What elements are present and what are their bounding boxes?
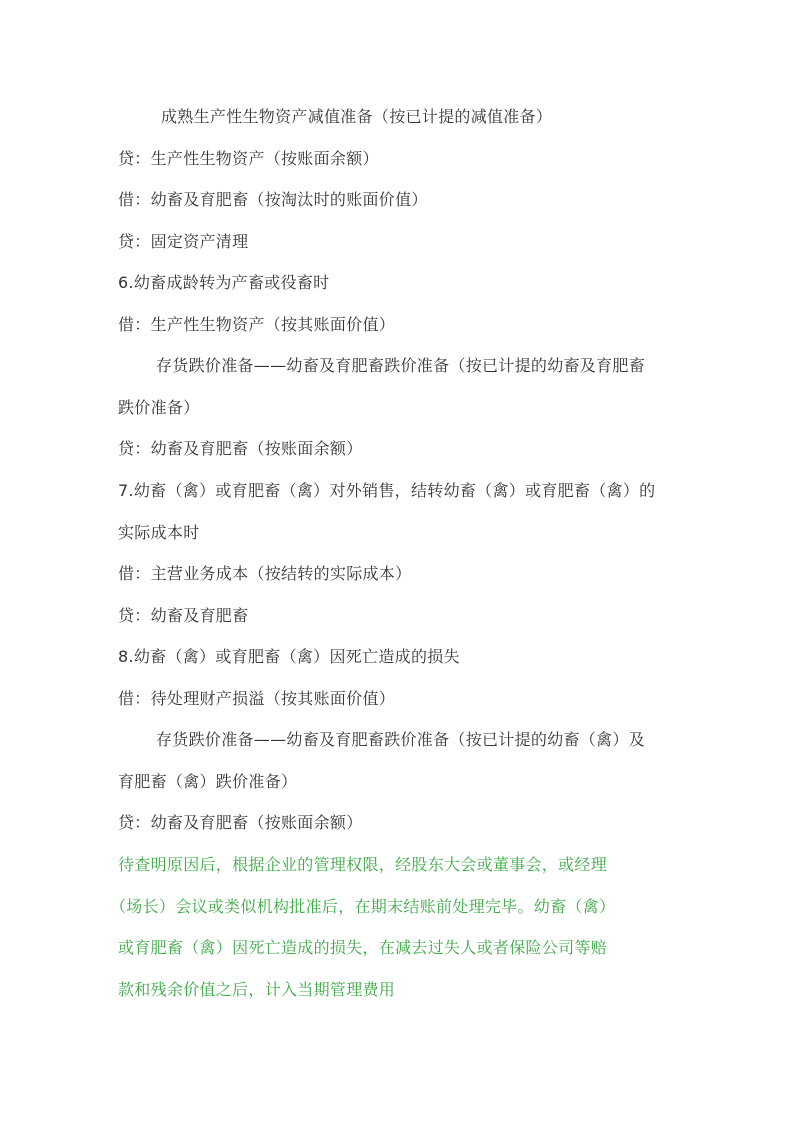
text-line-2: 贷：生产性生物资产（按账面余额） <box>118 149 379 169</box>
note-line-1: 待查明原因后，根据企业的管理权限，经股东大会或董事会，或经理 <box>118 855 607 875</box>
note-line-3: 或育肥畜（禽）因死亡造成的损失，在减去过失人或者保险公司等赔 <box>118 938 607 958</box>
note-line-2: （场长）会议或类似机构批准后，在期末结账前处理完毕。幼畜（禽） <box>110 897 615 917</box>
text-line-15: 借：待处理财产损溢（按其账面价值） <box>118 689 395 709</box>
text-line-6: 借：生产性生物资产（按其账面价值） <box>118 315 395 335</box>
text-line-3: 借：幼畜及育肥畜（按淘汰时的账面价值） <box>118 190 428 210</box>
section-heading-8: 8.幼畜（禽）或育肥畜（禽）因死亡造成的损失 <box>118 647 460 667</box>
text-line-4: 贷：固定资产清理 <box>118 232 248 252</box>
text-line-16: 存货跌价准备——幼畜及育肥畜跌价准备（按已计提的幼畜（禽）及 <box>156 730 645 750</box>
text-line-9: 贷：幼畜及育肥畜（按账面余额） <box>118 439 363 459</box>
text-line-18: 贷：幼畜及育肥畜（按账面余额） <box>118 813 363 833</box>
text-line-13: 贷：幼畜及育肥畜 <box>118 606 248 626</box>
text-line-8: 跌价准备） <box>118 398 200 418</box>
text-line-7: 存货跌价准备——幼畜及育肥畜跌价准备（按已计提的幼畜及育肥畜 <box>156 356 645 376</box>
text-line-12: 借：主营业务成本（按结转的实际成本） <box>118 564 411 584</box>
text-line-1: 成熟生产性生物资产减值准备（按已计提的减值准备） <box>161 107 552 127</box>
note-line-4: 款和残余价值之后，计入当期管理费用 <box>118 980 395 1000</box>
text-line-17: 育肥畜（禽）跌价准备） <box>118 772 297 792</box>
text-line-11: 实际成本时 <box>118 523 200 543</box>
section-heading-6: 6.幼畜成龄转为产畜或役畜时 <box>118 273 329 293</box>
section-heading-7: 7.幼畜（禽）或育肥畜（禽）对外销售，结转幼畜（禽）或育肥畜（禽）的 <box>118 481 655 501</box>
